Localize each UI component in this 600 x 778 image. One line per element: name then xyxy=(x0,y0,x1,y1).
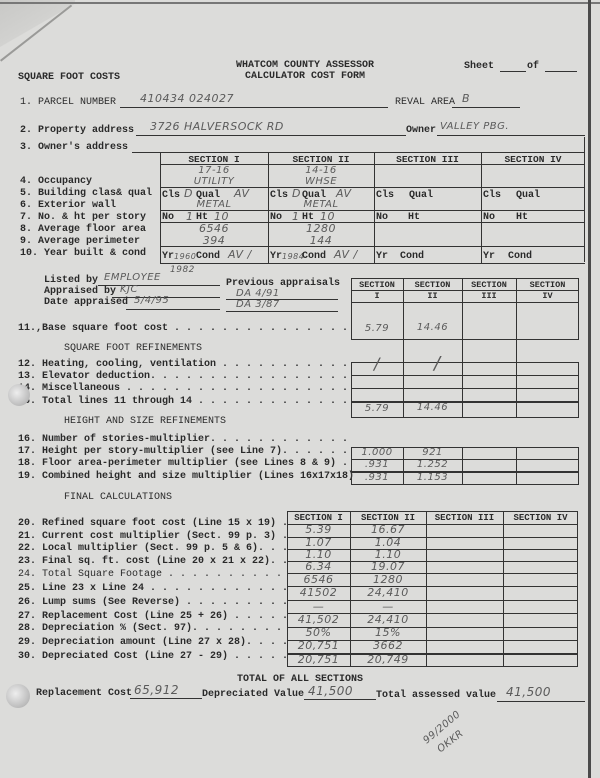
line-27-label: 27. Replacement Cost (Line 25 + 26) . . … xyxy=(18,611,288,622)
total-assessed-label: Total assessed value xyxy=(376,690,496,701)
form-type: SQUARE FOOT COSTS xyxy=(18,72,120,83)
form-page: SQUARE FOOT COSTS WHATCOM COUNTY ASSESSO… xyxy=(0,0,600,778)
line-18-value-2[interactable]: 1.252 xyxy=(403,459,462,471)
line-26-label: 26. Lump sums (See Reverse) . . . . . . … xyxy=(18,597,288,608)
yr-label-4: Yr xyxy=(483,251,495,262)
line-15-value-2[interactable]: 14.46 xyxy=(403,402,462,414)
line-12-label: 12. Heating, cooling, ventilation . . . … xyxy=(18,359,348,370)
line-11-value-2[interactable]: 14.46 xyxy=(403,322,462,334)
depreciated-value-label: Depreciated Value xyxy=(202,689,304,700)
line-21-label: 21. Current cost multiplier (Sect. 99 p.… xyxy=(18,531,288,542)
cond-value-2[interactable]: AV / xyxy=(334,249,358,261)
occupancy-name-2[interactable]: WHSE xyxy=(268,176,374,188)
total-all-sections-heading: TOTAL OF ALL SECTIONS xyxy=(200,674,400,685)
line-30-value-2[interactable]: 20,749 xyxy=(350,654,426,666)
no-label-1: No xyxy=(162,212,174,223)
line-28-value-1[interactable]: 50% xyxy=(287,627,350,639)
final-col-2: SECTION II xyxy=(350,513,426,523)
sqft-refinements-heading: SQUARE FOOT REFINEMENTS xyxy=(64,343,202,354)
no-value-1[interactable]: 1 xyxy=(186,211,194,223)
owner-underline xyxy=(437,135,585,136)
perimeter-1[interactable]: 394 xyxy=(160,235,268,247)
perimeter-2[interactable]: 144 xyxy=(268,235,374,247)
date-appraised-value[interactable]: 5/4/95 xyxy=(134,295,169,307)
of-label: of xyxy=(527,61,539,72)
line-27-value-1[interactable]: 41,502 xyxy=(287,614,350,626)
line-19-label: 19. Combined height and size multiplier … xyxy=(18,471,354,482)
line-11-value-1[interactable]: 5.79 xyxy=(351,323,403,335)
grid-line xyxy=(374,152,375,264)
form-title-line1: WHATCOM COUNTY ASSESSOR xyxy=(200,60,410,71)
no-label-2: No xyxy=(270,212,282,223)
replacement-cost-value[interactable]: 65,912 xyxy=(134,684,179,696)
cond-label-2: Cond xyxy=(302,251,326,262)
line-19-value-2[interactable]: 1.153 xyxy=(403,472,462,484)
form-title-line2: CALCULATOR COST FORM xyxy=(200,71,410,82)
property-address-value[interactable]: 3726 HALVERSOCK RD xyxy=(150,121,284,133)
line-28-label: 28. Depreciation % (Sect. 97). . . . . .… xyxy=(18,623,282,634)
line-24-value-2[interactable]: 1280 xyxy=(350,574,426,586)
previous-appraisal-2[interactable]: DA 3/87 xyxy=(236,299,280,311)
appraised-by-label: Appraised by xyxy=(44,286,116,297)
yr-value-1[interactable]: 1960 xyxy=(174,251,196,263)
calc-header-3b: III xyxy=(462,291,516,301)
line-17-label: 17. Height per story-multiplier (see Lin… xyxy=(18,446,348,457)
grid-line xyxy=(516,447,517,485)
line-23-label: 23. Final sq. ft. cost (Line 20 x 21 x 2… xyxy=(18,556,288,567)
qual-label-4: Qual xyxy=(516,190,540,201)
prev-underline-2 xyxy=(226,311,338,312)
line-25-value-1[interactable]: 41502 xyxy=(287,587,350,599)
calc-header-1a: SECTION xyxy=(351,280,403,290)
calc-header-3a: SECTION xyxy=(462,280,516,290)
total-assessed-value[interactable]: 41,500 xyxy=(506,686,551,698)
occupancy-name-1[interactable]: UTILITY xyxy=(160,176,268,188)
section-header-3: SECTION III xyxy=(374,154,481,165)
owner-value[interactable]: VALLEY PBG. xyxy=(440,121,509,133)
line-30-value-1[interactable]: 20,751 xyxy=(287,654,350,666)
line-20-label: 20. Refined square foot cost (Line 15 x … xyxy=(18,518,288,529)
calc-header-2b: II xyxy=(403,291,462,301)
grid-line xyxy=(481,152,482,264)
reval-area-value[interactable]: B xyxy=(462,93,470,105)
parcel-underline xyxy=(120,107,388,108)
line-17-value-1[interactable]: 1.000 xyxy=(351,447,403,459)
section-header-1: SECTION I xyxy=(160,154,268,165)
no-value-2[interactable]: 1 xyxy=(292,211,300,223)
line-23-value-2[interactable]: 19.07 xyxy=(350,561,426,573)
listed-by-label: Listed by xyxy=(44,275,98,286)
parcel-value[interactable]: 410434 024027 xyxy=(140,93,234,105)
parcel-label: 1. PARCEL NUMBER xyxy=(20,97,116,108)
calc-header-2a: SECTION xyxy=(403,280,462,290)
row-label-5: 5. Building clas& qual xyxy=(20,188,152,199)
punch-hole xyxy=(8,384,30,406)
depreciated-underline xyxy=(304,699,376,700)
yr-label-1: Yr xyxy=(162,251,174,262)
listed-by-value[interactable]: EMPLOYEE xyxy=(104,272,161,284)
line-16-label: 16. Number of stories-multiplier. . . . … xyxy=(18,434,348,445)
row-label-6: 6. Exterior wall xyxy=(20,200,116,211)
line-28-value-2[interactable]: 15% xyxy=(350,627,426,639)
of-field[interactable] xyxy=(545,71,577,72)
line-26-value-1[interactable]: — xyxy=(287,601,350,613)
yr-label-2: Yr xyxy=(270,251,282,262)
grid-line xyxy=(351,302,579,303)
date-appraised-label: Date appraised xyxy=(44,297,128,308)
listed-year[interactable]: 1982 xyxy=(170,264,195,276)
line-18-label: 18. Floor area-perimeter multiplier (see… xyxy=(18,458,348,469)
row-label-10: 10. Year built & cond xyxy=(20,248,146,259)
line-22-label: 22. Local multiplier (Sect. 99 p. 5 & 6)… xyxy=(18,543,288,554)
calc-header-4b: IV xyxy=(516,291,579,301)
depreciated-value[interactable]: 41,500 xyxy=(308,685,353,697)
sheet-field[interactable] xyxy=(500,71,526,72)
final-calculations-heading: FINAL CALCULATIONS xyxy=(64,492,172,503)
grid-line xyxy=(351,388,579,389)
yr-label-3: Yr xyxy=(376,251,388,262)
grid-line xyxy=(351,375,579,376)
line-11-label: 11.,Base square foot cost . . . . . . . … xyxy=(18,323,348,334)
grid-line xyxy=(503,511,504,667)
folded-corner xyxy=(0,0,75,60)
grid-line xyxy=(462,447,463,485)
line-29-value-1[interactable]: 20,751 xyxy=(287,640,350,652)
row-label-7: 7. No. & ht per story xyxy=(20,212,146,223)
grid-line xyxy=(160,263,585,264)
cls-label-3: Cls xyxy=(376,190,394,201)
line-27-value-2[interactable]: 24,410 xyxy=(350,614,426,626)
property-underline xyxy=(136,135,406,136)
top-edge xyxy=(0,2,600,4)
line-15-value-1[interactable]: 5.79 xyxy=(351,403,403,415)
cond-label-4: Cond xyxy=(508,251,532,262)
cond-label-3: Cond xyxy=(400,251,424,262)
sheet-label: Sheet xyxy=(464,61,494,72)
line-29-value-2[interactable]: 3662 xyxy=(350,640,426,652)
row-label-8: 8. Average floor area xyxy=(20,224,146,235)
cond-label-1: Cond xyxy=(196,251,220,262)
row-label-4: 4. Occupancy xyxy=(20,176,92,187)
replacement-underline xyxy=(130,698,202,699)
cls-label-4: Cls xyxy=(483,190,501,201)
line-12-value-1[interactable]: / xyxy=(374,358,380,370)
section-header-4: SECTION IV xyxy=(481,154,585,165)
line-24-label: 24. Total Square Footage . . . . . . . .… xyxy=(18,569,282,580)
assessed-underline xyxy=(497,701,585,702)
line-18-value-1[interactable]: .931 xyxy=(351,459,403,471)
calc-header-1b: I xyxy=(351,291,403,301)
line-19-value-1[interactable]: .931 xyxy=(351,472,403,484)
punch-hole xyxy=(6,684,30,708)
line-23-value-1[interactable]: 6.34 xyxy=(287,561,350,573)
line-29-label: 29. Depreciation amount (Line 27 x 28). … xyxy=(18,637,288,648)
final-col-1: SECTION I xyxy=(287,513,350,523)
owner-address-label: 3. Owner's address xyxy=(20,142,128,153)
line-20-value-1[interactable]: 5.39 xyxy=(287,524,350,536)
grid-line xyxy=(426,511,427,667)
line-14-label: 14. Miscellaneous . . . . . . . . . . . … xyxy=(18,383,348,394)
line-25-value-2[interactable]: 24,410 xyxy=(350,587,426,599)
property-address-label: 2. Property address xyxy=(20,125,134,136)
line-20-value-2[interactable]: 16.67 xyxy=(350,524,426,536)
calc-header-4a: SECTION xyxy=(516,280,579,290)
line-24-value-1[interactable]: 6546 xyxy=(287,574,350,586)
line-26-value-2[interactable]: — xyxy=(350,601,426,613)
yr-value-2[interactable]: 1984 xyxy=(282,251,304,263)
no-label-3: No xyxy=(376,212,388,223)
date-appraised-underline xyxy=(126,309,220,310)
height-size-heading: HEIGHT AND SIZE REFINEMENTS xyxy=(64,416,226,427)
final-col-3: SECTION III xyxy=(426,513,503,523)
final-col-4: SECTION IV xyxy=(503,513,578,523)
line-30-label: 30. Depreciated Cost (Line 27 - 29) . . … xyxy=(18,651,288,662)
right-edge xyxy=(588,0,591,778)
ht-label-3: Ht xyxy=(408,212,420,223)
line-12-value-2[interactable]: / xyxy=(434,358,441,370)
cond-value-1[interactable]: AV / xyxy=(228,249,252,261)
ht-label-4: Ht xyxy=(516,212,528,223)
listed-by-underline xyxy=(98,285,220,286)
qual-label-3: Qual xyxy=(409,190,433,201)
line-25-label: 25. Line 23 x Line 24 . . . . . . . . . … xyxy=(18,583,288,594)
reval-area-label: REVAL AREA xyxy=(395,97,455,108)
line-13-label: 13. Elevator deduction. . . . . . . . . … xyxy=(18,371,348,382)
owner-label: Owner xyxy=(406,125,436,136)
section-header-2: SECTION II xyxy=(268,154,374,165)
reval-underline xyxy=(452,107,520,108)
line-17-value-2[interactable]: 921 xyxy=(403,447,462,459)
no-label-4: No xyxy=(483,212,495,223)
line-15-label: 15. Total lines 11 through 14 . . . . . … xyxy=(18,396,348,407)
row-label-9: 9. Average perimeter xyxy=(20,236,140,247)
replacement-cost-label: Replacement Cost xyxy=(36,688,132,699)
